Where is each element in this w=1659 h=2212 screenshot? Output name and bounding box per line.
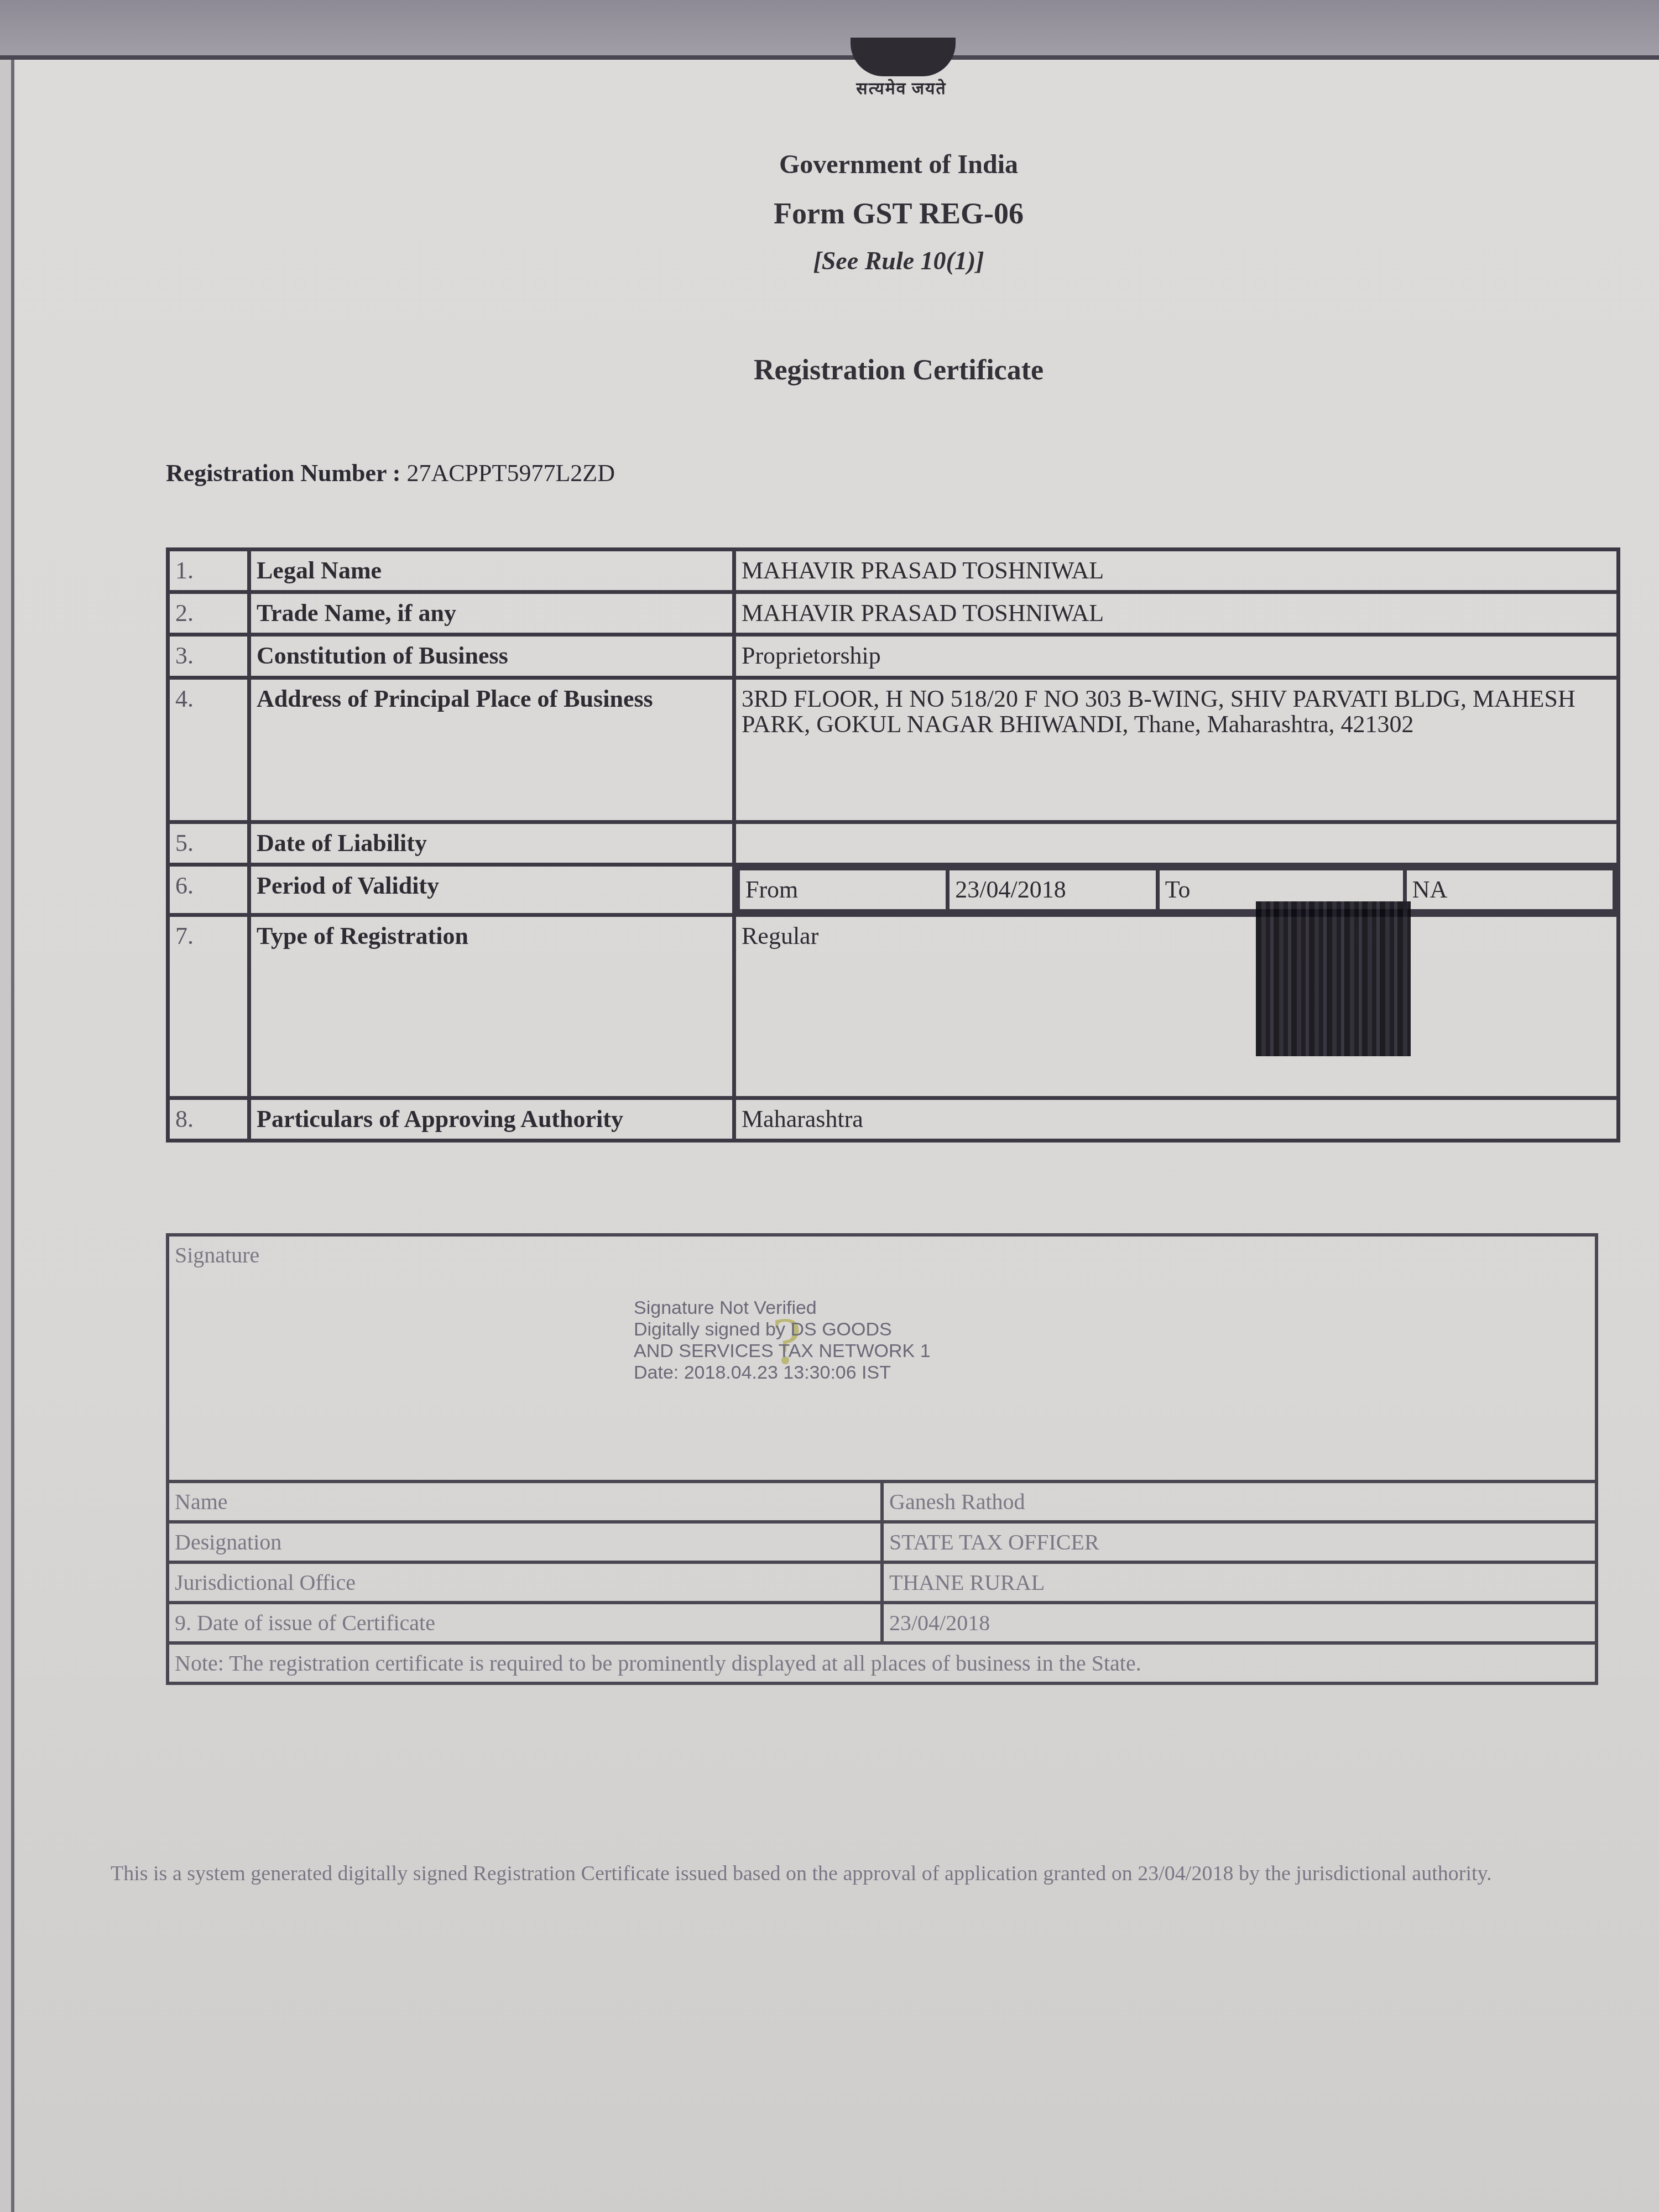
table-row: 4. Address of Principal Place of Busines… [168,677,1619,822]
validity-subtable: From 23/04/2018 To NA [736,867,1616,913]
table-row: Note: The registration certificate is re… [168,1643,1597,1683]
certificate-details-table: 1. Legal Name MAHAVIR PRASAD TOSHNIWAL 2… [166,547,1620,1142]
field-label: Constitution of Business [249,635,734,677]
row-number: 7. [168,915,249,1098]
field-label: Particulars of Approving Authority [249,1098,734,1140]
registration-number-value: 27ACPPT5977L2ZD [406,460,614,487]
signature-signer-line1: Digitally signed by DS GOODS [634,1319,931,1340]
constitution-value: Proprietorship [734,635,1619,677]
row-number: 1. [168,550,249,592]
table-row: 2. Trade Name, if any MAHAVIR PRASAD TOS… [168,592,1619,635]
table-row: 1. Legal Name MAHAVIR PRASAD TOSHNIWAL [168,550,1619,592]
validity-cell: From 23/04/2018 To NA [734,864,1619,915]
screen-top-bezel [0,0,1659,60]
table-row: 3. Constitution of Business Proprietorsh… [168,635,1619,677]
field-label: Legal Name [249,550,734,592]
issue-date-label: 9. Date of issue of Certificate [168,1603,882,1643]
table-row: 9. Date of issue of Certificate 23/04/20… [168,1603,1597,1643]
form-heading: Form GST REG-06 [0,196,1659,231]
registration-number-line: Registration Number : 27ACPPT5977L2ZD [166,459,615,487]
field-label: Date of Liability [249,822,734,864]
row-number: 3. [168,635,249,677]
designation-label: Designation [168,1522,882,1562]
from-label: From [738,868,948,911]
row-number: 5. [168,822,249,864]
field-label: Period of Validity [249,864,734,915]
qr-code-icon [1256,901,1411,1056]
signature-date: Date: 2018.04.23 13:30:06 IST [634,1362,931,1384]
officer-signature-table: Signature ? Signature Not Verified Digit… [166,1233,1598,1685]
trade-name-value: MAHAVIR PRASAD TOSHNIWAL [734,592,1619,635]
government-heading: Government of India [0,149,1659,180]
row-number: 8. [168,1098,249,1140]
registration-number-label: Registration Number : [166,460,400,487]
to-date-value: NA [1405,868,1614,911]
field-label: Trade Name, if any [249,592,734,635]
from-date-value: 23/04/2018 [948,868,1157,911]
address-value: 3RD FLOOR, H NO 518/20 F NO 303 B-WING, … [734,677,1619,822]
row-number: 6. [168,864,249,915]
legal-name-value: MAHAVIR PRASAD TOSHNIWAL [734,550,1619,592]
row-number: 4. [168,677,249,822]
emblem-caption: सत्यमेव जयते [830,76,973,99]
table-row: 8. Particulars of Approving Authority Ma… [168,1098,1619,1140]
jurisdictional-office-value: THANE RURAL [882,1562,1597,1603]
registration-type-value: Regular [742,922,818,950]
officer-name-label: Name [168,1481,882,1522]
signature-signer-line2: AND SERVICES TAX NETWORK 1 [634,1340,931,1362]
system-generated-footer: This is a system generated digitally sig… [111,1858,1637,1890]
issue-date-value: 23/04/2018 [882,1603,1597,1643]
table-row: 7. Type of Registration Regular [168,915,1619,1098]
signature-cell: Signature ? Signature Not Verified Digit… [168,1235,1597,1481]
date-of-liability-value [734,822,1619,864]
rule-reference: [See Rule 10(1)] [0,246,1659,275]
row-number: 2. [168,592,249,635]
signature-status: Signature Not Verified [634,1297,931,1319]
certificate-title: Registration Certificate [0,354,1659,387]
table-row: Name Ganesh Rathod [168,1481,1597,1522]
field-label: Type of Registration [249,915,734,1098]
display-note: Note: The registration certificate is re… [168,1643,1597,1683]
officer-name-value: Ganesh Rathod [882,1481,1597,1522]
registration-type-cell: Regular [734,915,1619,1098]
approving-authority-value: Maharashtra [734,1098,1619,1140]
designation-value: STATE TAX OFFICER [882,1522,1597,1562]
field-label: Address of Principal Place of Business [249,677,734,822]
jurisdictional-office-label: Jurisdictional Office [168,1562,882,1603]
table-row: Jurisdictional Office THANE RURAL [168,1562,1597,1603]
table-row: Designation STATE TAX OFFICER [168,1522,1597,1562]
digital-signature-block[interactable]: Signature Not Verified Digitally signed … [634,1297,931,1384]
signature-label: Signature [175,1243,259,1267]
national-emblem-icon [851,38,956,76]
table-row: 5. Date of Liability [168,822,1619,864]
